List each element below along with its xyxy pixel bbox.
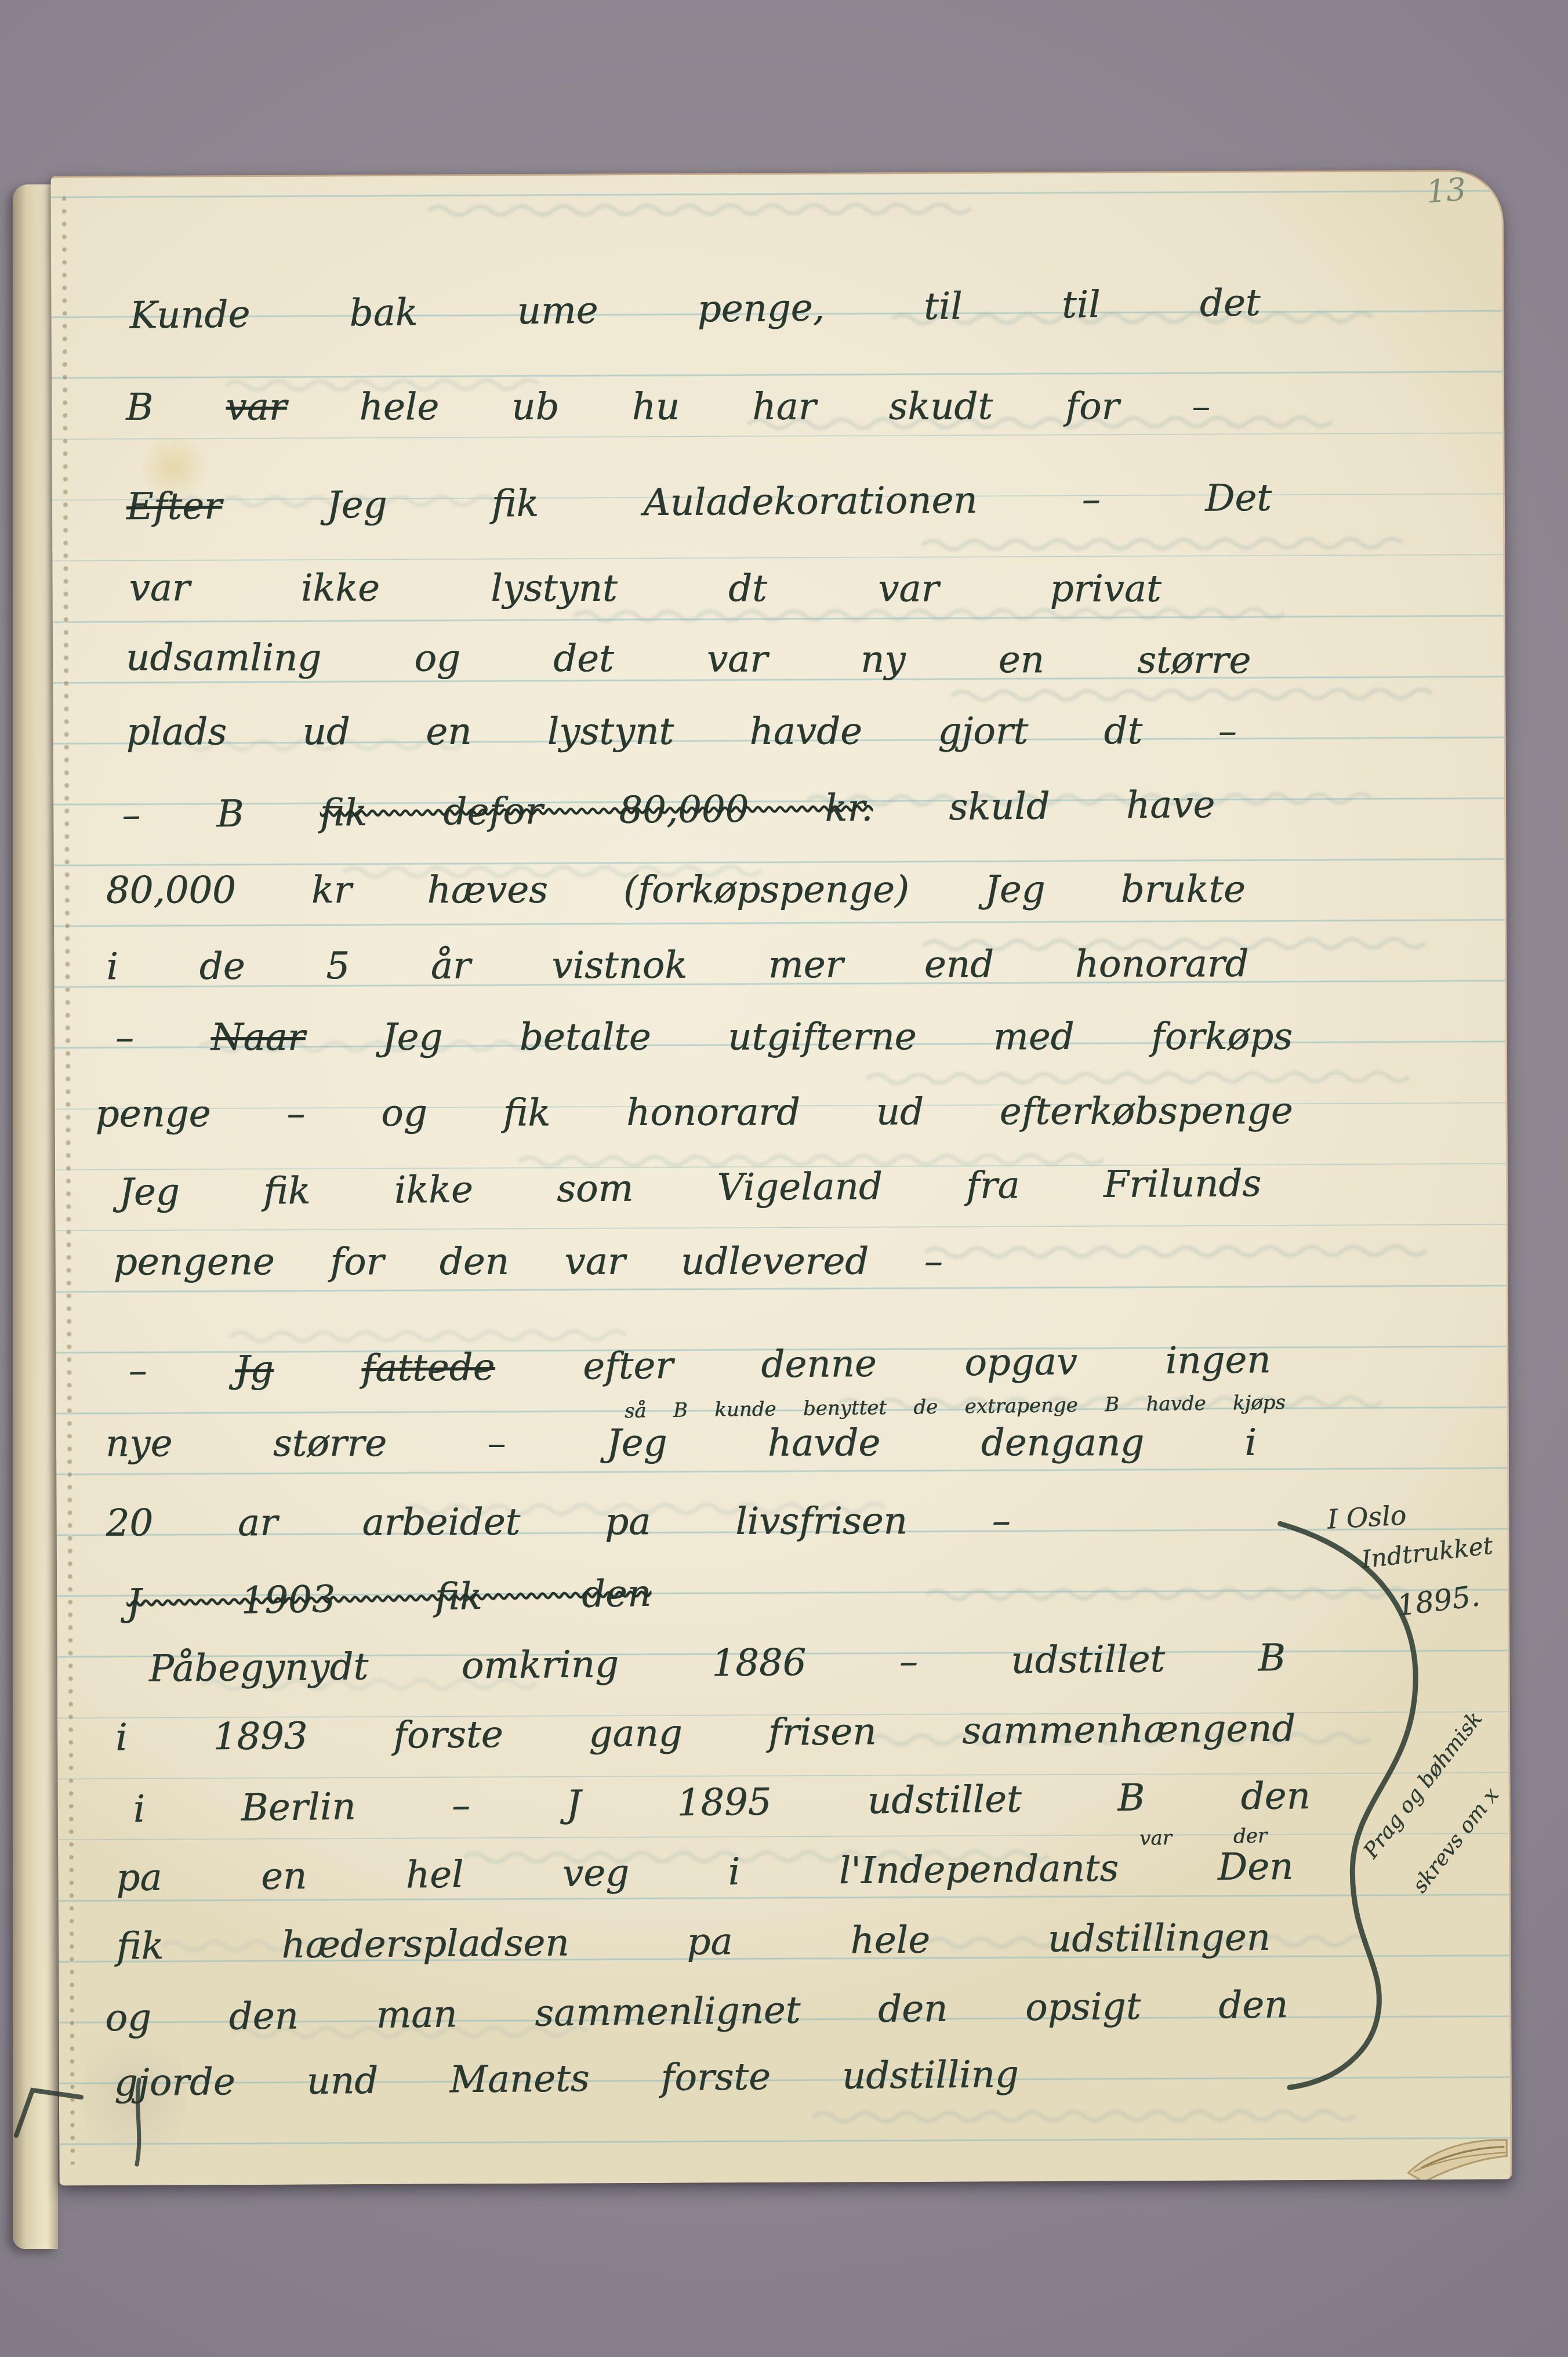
margin-note-line: I Oslo [1326, 1502, 1407, 1533]
photo-of-notebook: Kunde bak ume penge, til til detB var he… [0, 0, 1568, 2357]
notebook-page: Kunde bak ume penge, til til detB var he… [50, 170, 1512, 2186]
page-corner-curl [1403, 2131, 1511, 2185]
page-number: 13 [1425, 174, 1468, 208]
stray-pen-marks [6, 2070, 168, 2175]
margin-annotation: I OsloIndtrukket1895.Prag og bøhmiskskre… [50, 172, 1510, 2186]
underlying-sheet-edge [13, 184, 58, 2249]
margin-note-line: 1895. [1395, 1581, 1481, 1620]
margin-note-line: Indtrukket [1360, 1533, 1494, 1572]
